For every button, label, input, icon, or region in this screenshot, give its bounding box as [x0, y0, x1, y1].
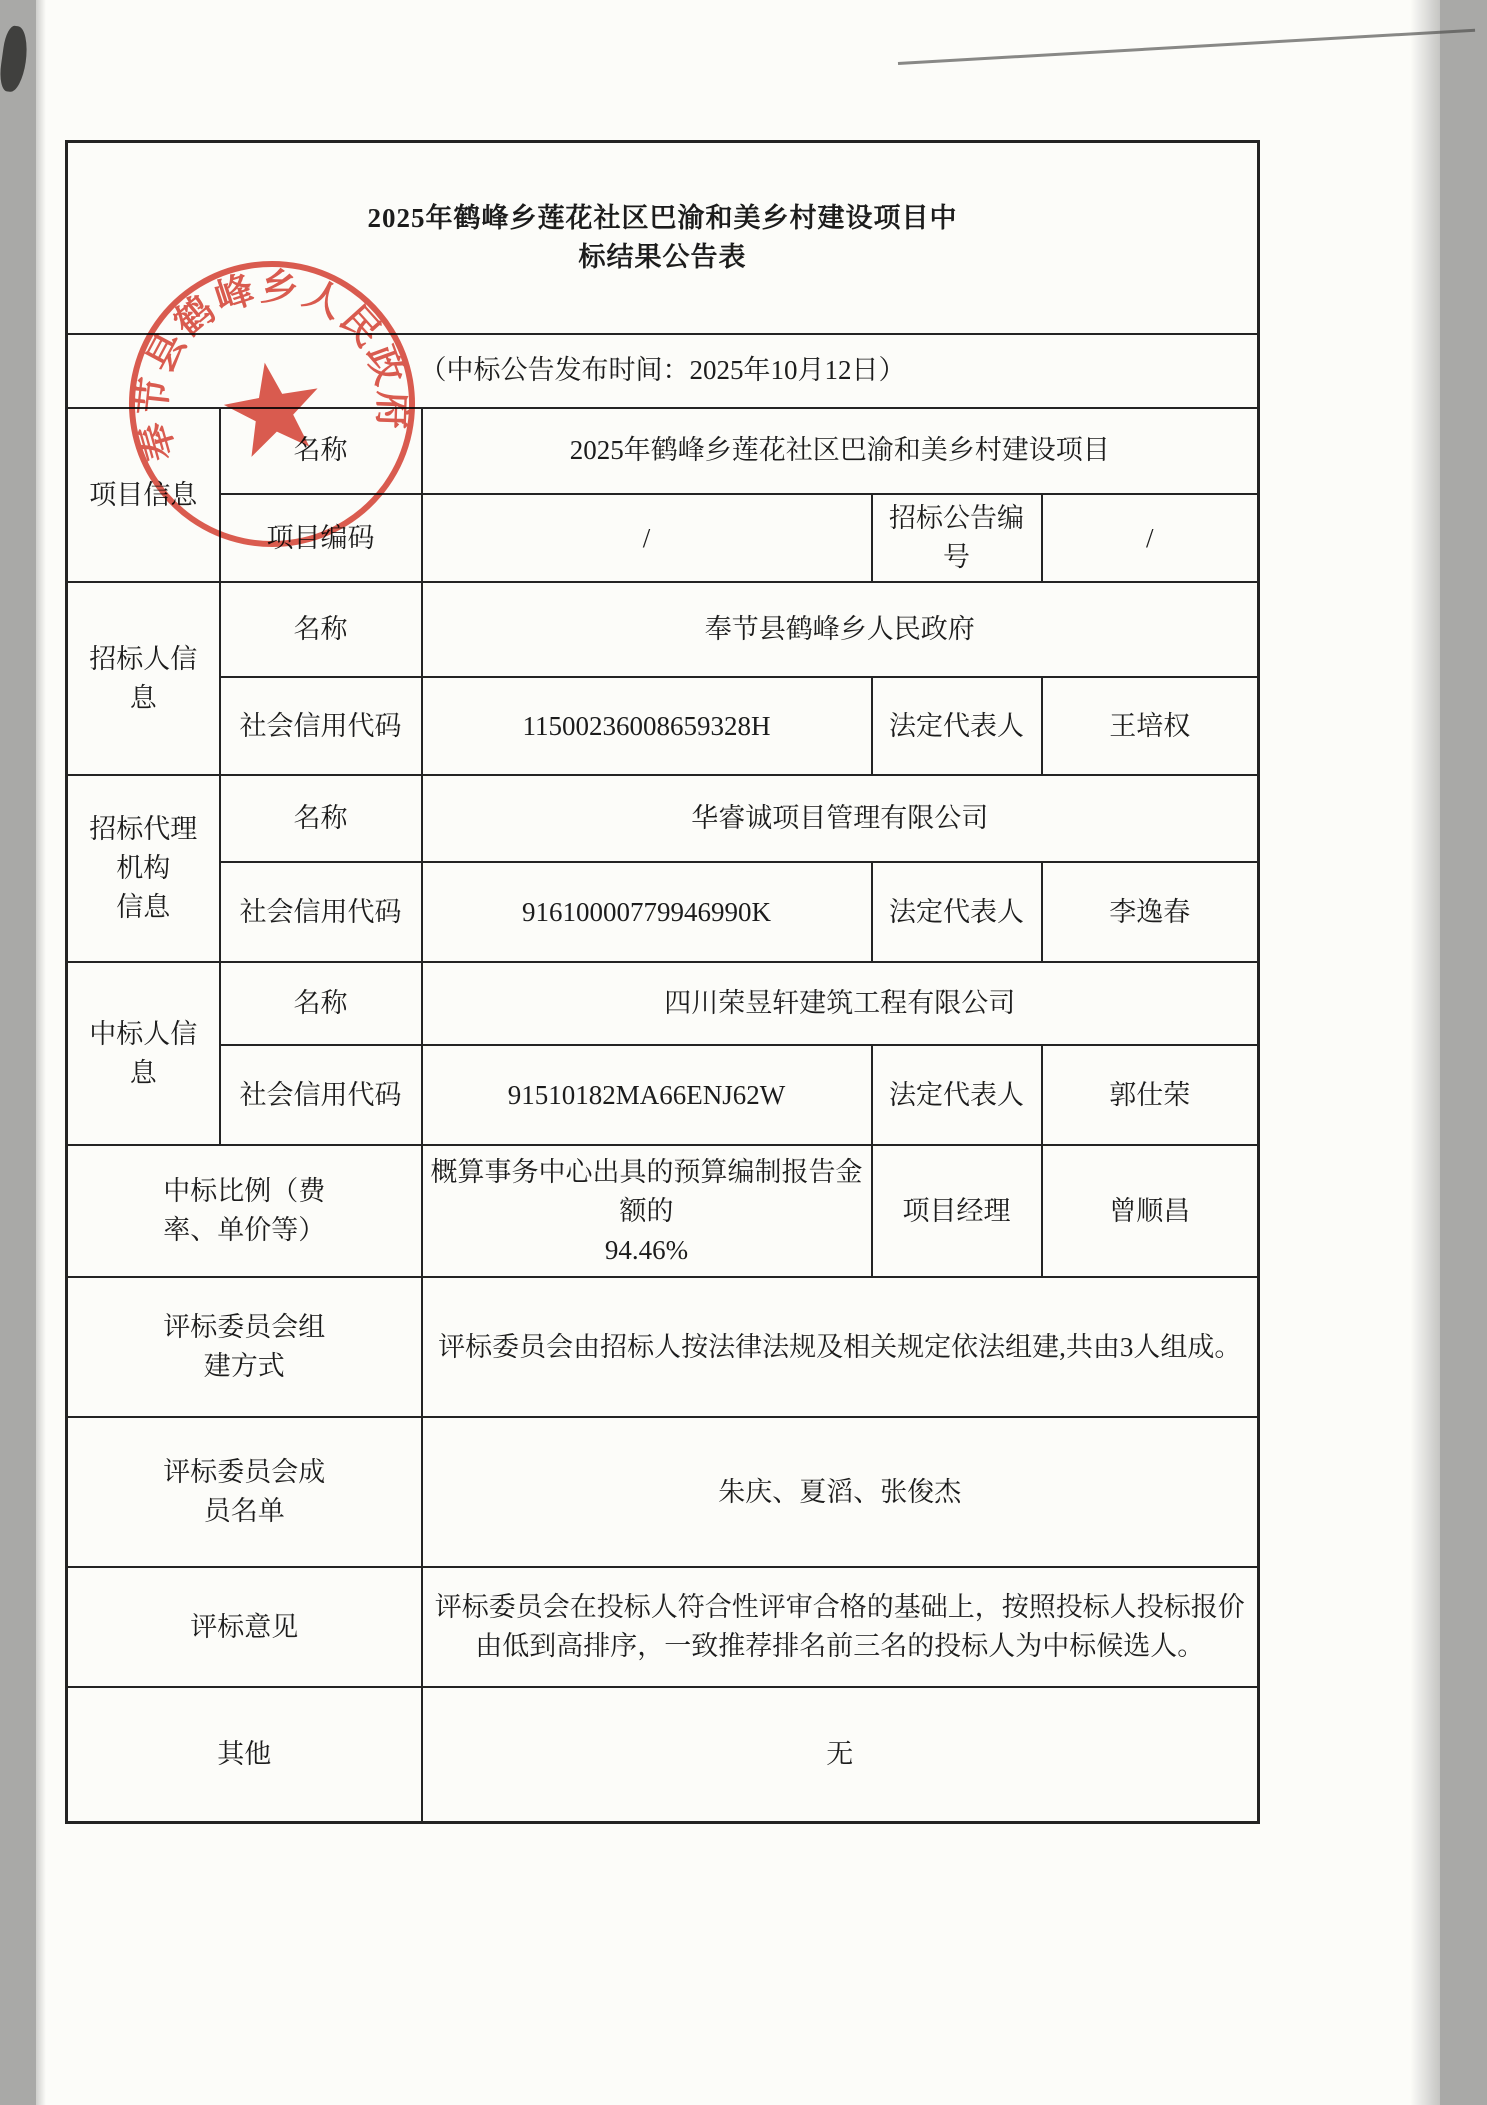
- field-label-tender-notice-no: 招标公告编号: [872, 494, 1042, 582]
- value-winner-credit-code: 91510182MA66ENJ62W: [422, 1045, 872, 1145]
- value-winner-name: 四川荣昱轩建筑工程有限公司: [422, 962, 1259, 1045]
- scanned-document-page: { "doc": { "title": "2025年鹤峰乡莲花社区巴渝和美乡村建…: [0, 0, 1487, 2105]
- value-tenderer-legal-rep: 王培权: [1042, 677, 1259, 775]
- value-tenderer-name: 奉节县鹤峰乡人民政府: [422, 582, 1259, 677]
- value-project-manager: 曾顺昌: [1042, 1145, 1259, 1277]
- section-label-evaluation-opinion: 评标意见: [67, 1567, 422, 1687]
- section-label-agency-info: 招标代理机构 信息: [67, 775, 220, 962]
- section-label-other: 其他: [67, 1687, 422, 1823]
- value-tenderer-credit-code: 11500236008659328H: [422, 677, 872, 775]
- section-label-committee-members: 评标委员会成 员名单: [67, 1417, 422, 1567]
- field-label-project-manager: 项目经理: [872, 1145, 1042, 1277]
- value-win-ratio: 概算事务中心出具的预算编制报告金额的 94.46%: [422, 1145, 872, 1277]
- value-agency-legal-rep: 李逸春: [1042, 862, 1259, 962]
- value-other: 无: [422, 1687, 1259, 1823]
- section-label-committee-formation: 评标委员会组 建方式: [67, 1277, 422, 1417]
- value-committee-formation: 评标委员会由招标人按法律法规及相关规定依法组建,共由3人组成。: [422, 1277, 1259, 1417]
- field-label-project-code: 项目编码: [220, 494, 422, 582]
- section-label-win-ratio: 中标比例（费 率、单价等）: [67, 1145, 422, 1277]
- value-winner-legal-rep: 郭仕荣: [1042, 1045, 1259, 1145]
- field-label-credit-code: 社会信用代码: [220, 677, 422, 775]
- publish-time-note: （中标公告发布时间：2025年10月12日）: [67, 334, 1259, 408]
- field-label-credit-code: 社会信用代码: [220, 1045, 422, 1145]
- field-label-credit-code: 社会信用代码: [220, 862, 422, 962]
- value-tender-notice-no: /: [1042, 494, 1259, 582]
- section-label-tenderer-info: 招标人信息: [67, 582, 220, 775]
- section-label-project-info: 项目信息: [67, 408, 220, 582]
- value-project-name: 2025年鹤峰乡莲花社区巴渝和美乡村建设项目: [422, 408, 1259, 494]
- section-label-winner-info: 中标人信息: [67, 962, 220, 1145]
- field-label-legal-rep: 法定代表人: [872, 1045, 1042, 1145]
- value-project-code: /: [422, 494, 872, 582]
- value-agency-credit-code: 91610000779946990K: [422, 862, 872, 962]
- scan-shadow-left: [36, 0, 46, 2105]
- field-label-legal-rep: 法定代表人: [872, 862, 1042, 962]
- scan-artifact-smudge: [0, 25, 30, 94]
- value-committee-members: 朱庆、夏滔、张俊杰: [422, 1417, 1259, 1567]
- value-evaluation-opinion: 评标委员会在投标人符合性评审合格的基础上，按照投标人投标报价由低到高排序，一致推…: [422, 1567, 1259, 1687]
- value-agency-name: 华睿诚项目管理有限公司: [422, 775, 1259, 862]
- bid-result-announcement-table: 2025年鹤峰乡莲花社区巴渝和美乡村建设项目中 标结果公告表 （中标公告发布时间…: [65, 140, 1260, 1824]
- field-label-name: 名称: [220, 408, 422, 494]
- document-title: 2025年鹤峰乡莲花社区巴渝和美乡村建设项目中 标结果公告表: [67, 142, 1259, 335]
- field-label-name: 名称: [220, 775, 422, 862]
- scan-shadow-right: [1410, 0, 1440, 2105]
- field-label-name: 名称: [220, 962, 422, 1045]
- field-label-name: 名称: [220, 582, 422, 677]
- field-label-legal-rep: 法定代表人: [872, 677, 1042, 775]
